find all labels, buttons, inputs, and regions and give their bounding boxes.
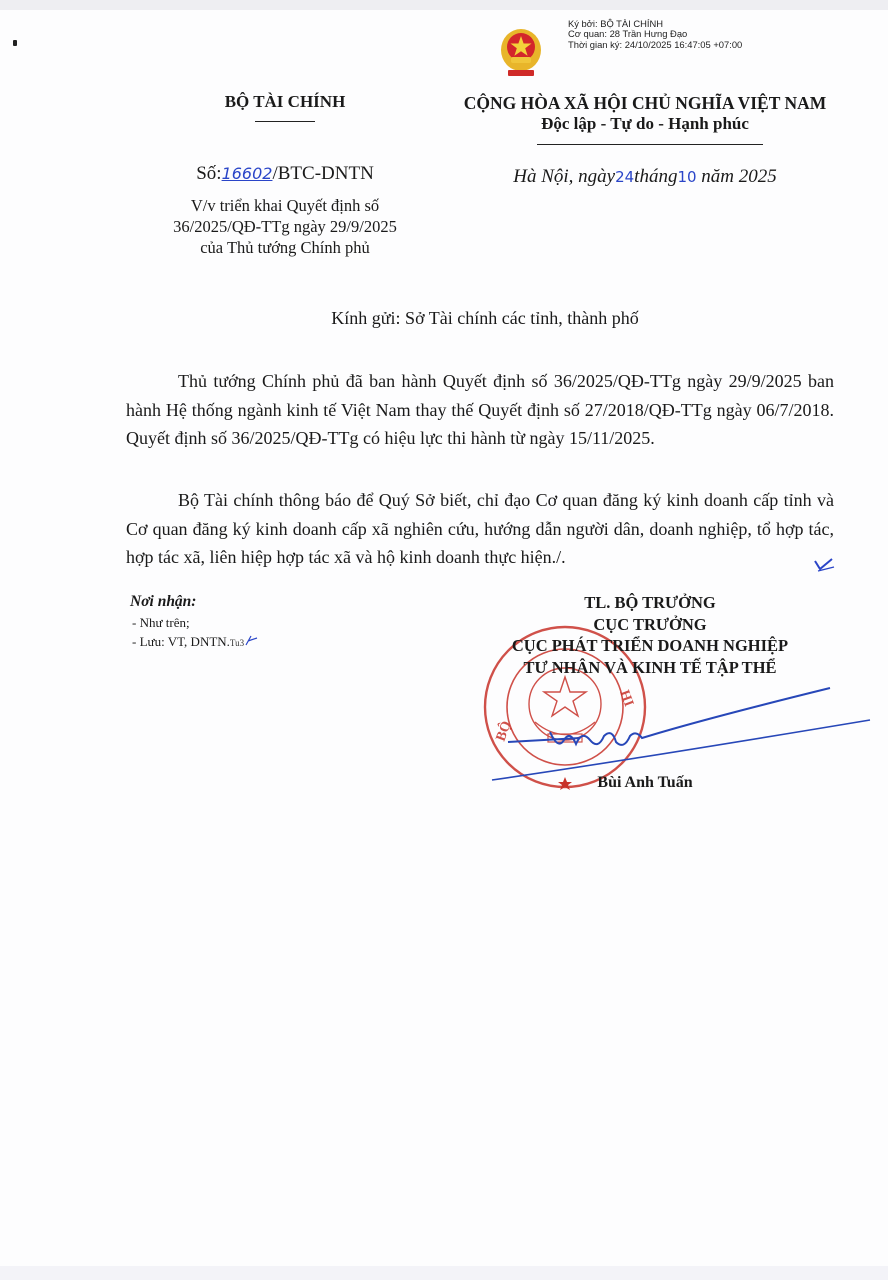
- signer-title-line: CỤC TRƯỞNG: [470, 614, 830, 636]
- recipient-greeting: Kính gửi: Sở Tài chính các tỉnh, thành p…: [120, 308, 850, 329]
- ministry-underline: [255, 121, 315, 122]
- place-label: Hà Nội, ngày: [513, 166, 615, 187]
- place-and-date: Hà Nội, ngày24tháng10 năm 2025: [470, 166, 820, 188]
- body-paragraph-2: Bộ Tài chính thông báo để Quý Sở biết, c…: [126, 486, 834, 572]
- recipient-item: - Như trên;: [132, 613, 258, 632]
- national-title: CỘNG HÒA XÃ HỘI CHỦ NGHĨA VIỆT NAM: [455, 92, 835, 114]
- month-handwritten: 10: [677, 168, 696, 186]
- recipient-item: - Lưu: VT, DNTN.Tu3: [132, 632, 258, 653]
- subject-line: V/v triển khai Quyết định số: [140, 195, 430, 216]
- issuing-ministry: BỘ TÀI CHÍNH: [180, 92, 390, 112]
- signer-title-line: CỤC PHÁT TRIỂN DOANH NGHIỆP: [470, 635, 830, 657]
- signer-title-line: TL. BỘ TRƯỞNG: [470, 592, 830, 614]
- signer-title-block: TL. BỘ TRƯỞNG CỤC TRƯỞNG CỤC PHÁT TRIỂN …: [470, 592, 830, 678]
- handwritten-check-icon: [812, 555, 836, 575]
- day-handwritten: 24: [615, 168, 634, 186]
- national-motto: Độc lập - Tự do - Hạnh phúc: [455, 114, 835, 134]
- recipients-list: - Như trên; - Lưu: VT, DNTN.Tu3: [132, 613, 258, 653]
- signer-title-line: TƯ NHÂN VÀ KINH TẾ TẬP THỂ: [470, 657, 830, 679]
- signer-name: Bùi Anh Tuấn: [560, 774, 730, 792]
- initial-scribble-icon: [244, 634, 258, 646]
- signing-time: Thời gian ký: 24/10/2025 16:47:05 +07:00: [568, 40, 742, 50]
- archive-mark: Tu3: [230, 638, 244, 648]
- subject-line: 36/2025/QĐ-TTg ngày 29/9/2025: [140, 216, 430, 237]
- motto-underline: [537, 144, 763, 145]
- recipients-title: Nơi nhận:: [130, 593, 196, 611]
- document-number: Số:16602/BTC-DNTN: [140, 163, 430, 185]
- document-subject: V/v triển khai Quyết định số 36/2025/QĐ-…: [140, 195, 430, 258]
- scan-bottom-edge: [0, 1266, 888, 1280]
- subject-line: của Thủ tướng Chính phủ: [140, 237, 430, 258]
- scan-top-edge: [0, 0, 888, 10]
- year-label: năm 2025: [701, 166, 776, 187]
- national-emblem-icon: [500, 26, 542, 80]
- document-number-suffix: /BTC-DNTN: [272, 163, 373, 184]
- month-label: tháng: [634, 166, 677, 187]
- document-number-handwritten: 16602: [222, 164, 273, 183]
- document-number-prefix: Số:: [196, 163, 221, 184]
- scan-speck: [13, 40, 17, 46]
- digital-signature-info: Ký bởi: BỘ TÀI CHÍNH Cơ quan: 28 Trần Hư…: [568, 19, 742, 50]
- body-paragraph-1: Thủ tướng Chính phủ đã ban hành Quyết đị…: [126, 367, 834, 453]
